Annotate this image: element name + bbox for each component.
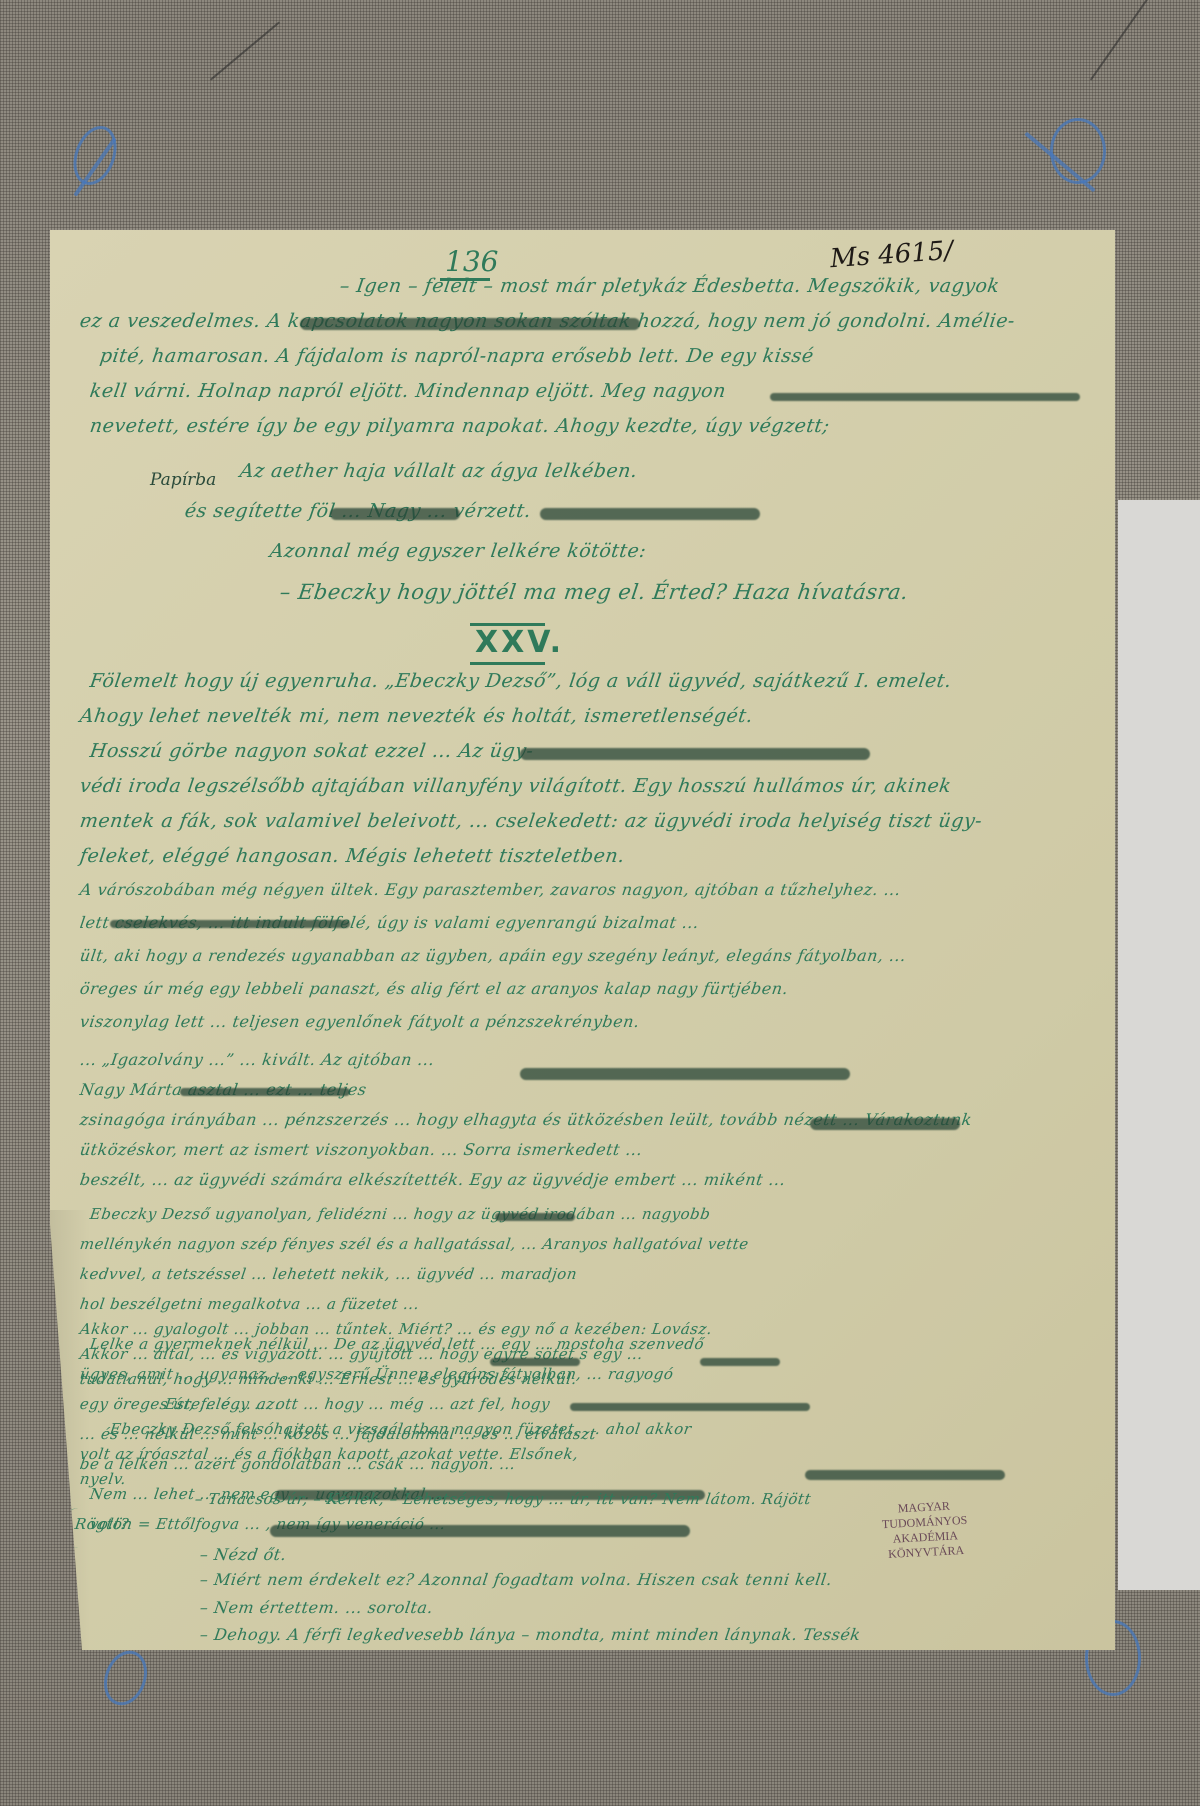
strikethrough [520,1068,850,1080]
manuscript-line: kedvvel, a tetszéssel ... lehetett nekik… [79,1265,579,1283]
manuscript-line: mentek a fák, sok valamivel beleivott, .… [78,810,983,832]
manuscript-line: Ahogy lehet nevelték mi, nem nevezték és… [78,705,754,727]
manuscript-line: feleket, eléggé hangosan. Mégis lehetett… [78,845,626,867]
manuscript-line: ült, aki hogy a rendezés ugyanabban az ü… [79,946,908,965]
manuscript-line: volt? [89,1515,130,1533]
manuscript-line: Azonnal még egyszer lelkére kötötte: [268,540,647,562]
strikethrough [300,318,640,330]
manuscript-line: Fölemelt hogy új egyenruha. „Ebeczky Dez… [88,670,953,692]
manuscript-line: Az aether haja vállalt az ágya lelkében. [238,460,639,482]
manuscript-line: egy öreges úr, ... egy ... ott ... hogy … [79,1395,552,1413]
blue-pencil-circle-bottom-left [97,1645,155,1712]
margin-note-papirba: Papírba [150,470,216,490]
manuscript-line: – Dehogy. A férfi legkedvesebb lánya – m… [199,1625,862,1644]
manuscript-line: hol beszélgetni megalkotva ... a füzetet… [79,1295,421,1313]
manuscript-line: – Miért nem érdekelt ez? Azonnal fogadta… [199,1570,834,1589]
manuscript-line: kell várni. Holnap napról eljött. Minden… [88,380,727,402]
chapter-underline-top [470,623,545,626]
library-stamp: MAGYAR TUDOMÁNYOS AKADÉMIA KÖNYVTÁRA [849,1496,1002,1564]
manuscript-line: A várószobában még négyen ültek. Egy par… [79,880,902,899]
manuscript-line: pité, hamarosan. A fájdalom is napról-na… [98,345,815,367]
strikethrough [110,920,350,928]
manuscript-line: Ebeczky Dezső felsóhajtott a vizsgálatba… [109,1420,693,1438]
manuscript-line: – Tanácsos úr, – Kérlek, – Lehetséges, h… [194,1490,813,1508]
manuscript-line: védi iroda legszélsőbb ajtajában villany… [78,775,952,797]
manuscript-line: viszonylag lett ... teljesen egyenlőnek … [79,1012,641,1031]
manuscript-line: tudatlanul, hogy ... mindenki ... Ernest… [79,1370,578,1388]
white-backing-card [1118,500,1200,1590]
page-number: 136 [445,245,498,278]
chapter-underline-bottom [470,662,545,665]
manuscript-line: nyelv. [79,1470,128,1488]
strikethrough [810,1118,960,1130]
archive-shelf-mark: Ms 4615/ [829,236,954,275]
graphite-mark-top-right [1090,0,1160,81]
strikethrough [490,1358,580,1366]
strikethrough [570,1403,810,1411]
manuscript-line: – Nézd őt. [199,1545,288,1564]
manuscript-line: öreges úr még egy lebbeli panaszt, és al… [79,979,790,998]
strikethrough [700,1358,780,1366]
manuscript-line: Ebeczky Dezső ugyanolyan, felidézni ... … [89,1205,712,1223]
manuscript-line: – Igen – felelt – most már pletykáz Édes… [338,275,1001,297]
blue-pencil-circle-top-left [66,120,124,191]
chapter-heading: XXV. [475,625,564,660]
strikethrough [770,393,1080,401]
strikethrough [805,1470,1005,1480]
graphite-mark-top-left [210,21,280,80]
strikethrough [495,1213,575,1221]
manuscript-line: volt az íróasztal ... és a fiókban kapot… [79,1445,580,1463]
strikethrough [180,1088,350,1096]
strikethrough [520,748,870,760]
manuscript-line: mellénykén nagyon szép fényes szél és a … [79,1235,750,1253]
manuscript-line: Akkor ... gyalogolt ... jobban ... tűnte… [79,1320,714,1338]
strikethrough [270,1525,690,1537]
manuscript-line: – Ebeczky hogy jöttél ma meg el. Érted? … [278,580,910,604]
manuscript-line: beszélt, ... az ügyvédi számára elkészít… [79,1170,787,1189]
strikethrough [330,508,460,520]
manuscript-line: Hosszú görbe nagyon sokat ezzel ... Az ü… [88,740,535,762]
manuscript-line: nevetett, estére így be egy pilyamra nap… [88,415,831,437]
manuscript-line: Estefelé ... az. [164,1395,282,1413]
manuscript-line: – Nem értettem. ... sorolta. [199,1598,435,1617]
manuscript-line: ... „Igazolvány ...” ... kivált. Az ajtó… [79,1050,436,1069]
strikethrough [540,508,760,520]
manuscript-line: ütközéskor, mert az ismert viszonyokban.… [79,1140,644,1159]
